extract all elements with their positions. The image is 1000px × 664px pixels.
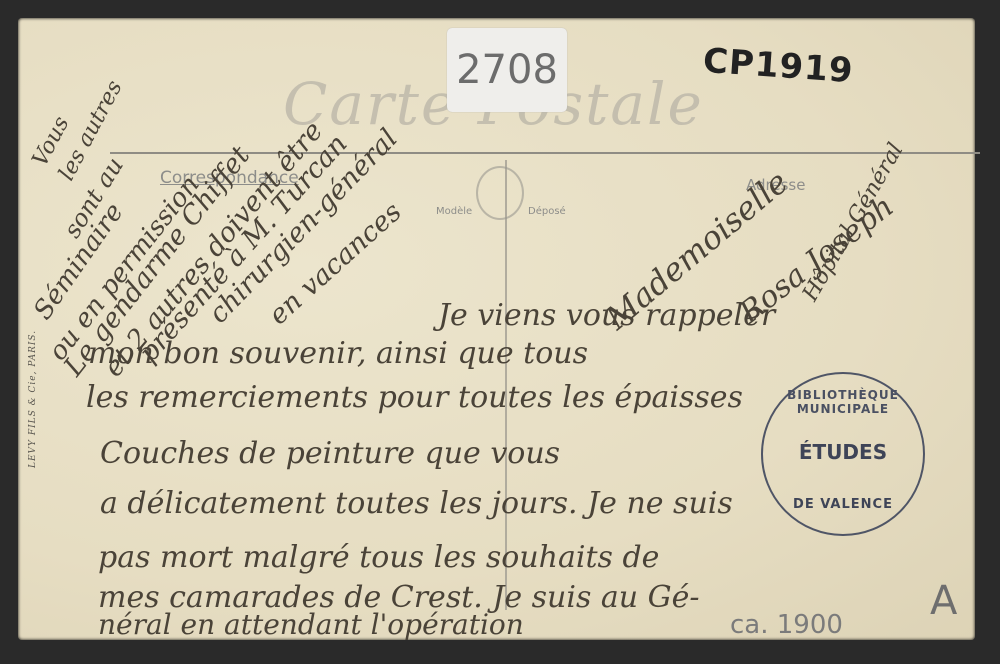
date-note: ca. 1900 <box>730 610 843 640</box>
stamp-top-text: BIBLIOTHÈQUE MUNICIPALE <box>771 388 915 416</box>
body-line: mon bon souvenir, ainsi que tous <box>88 336 588 371</box>
body-line: pas mort malgré tous les souhaits de <box>98 540 659 575</box>
model-label: Modèle <box>436 206 472 217</box>
postcard: Carte Postale Correspondance Adresse Mod… <box>18 18 975 640</box>
publisher-emblem-icon <box>476 166 524 220</box>
library-stamp: BIBLIOTHÈQUE MUNICIPALE ÉTUDES DE VALENC… <box>761 372 925 536</box>
stamp-bottom-text: DE VALENCE <box>763 497 923 512</box>
body-line: néral en attendant l'opération <box>98 608 524 641</box>
corner-mark: A <box>930 578 957 624</box>
body-line: Je viens vous rappeler <box>438 298 775 333</box>
body-line: Couches de peinture que vous <box>100 436 560 471</box>
deposit-label: Déposé <box>528 206 566 217</box>
printer-credit: LEVY FILS & Cie, PARIS. <box>28 330 38 468</box>
call-number: CP1919 <box>702 41 855 91</box>
body-line: les remerciements pour toutes les épaiss… <box>86 380 743 415</box>
stamp-center-text: ÉTUDES <box>763 440 923 464</box>
body-line: a délicatement toutes les jours. Je ne s… <box>100 486 733 521</box>
inventory-sticker: 2708 <box>447 28 567 112</box>
